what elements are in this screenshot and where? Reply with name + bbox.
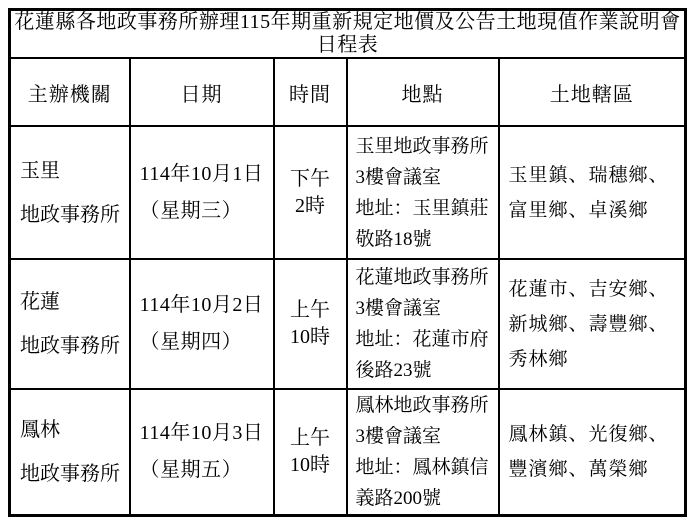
column-header-time: 時間	[274, 58, 347, 126]
date-text: 114年10月2日 （星期四）	[140, 287, 264, 361]
document-title: 花蓮縣各地政事務所辦理115年期重新規定地價及公告土地現值作業說明會 日程表	[10, 10, 686, 59]
time-cell: 下午 2時	[274, 126, 347, 259]
time-cell: 上午 10時	[274, 389, 347, 516]
column-header-agency: 主辦機關	[10, 58, 130, 126]
agency-cell: 鳳林 地政事務所	[10, 389, 130, 516]
table-row-fenglin: 鳳林 地政事務所 114年10月3日 （星期五） 上午 10時 鳳林地政事務所 …	[10, 389, 686, 516]
jurisdiction-cell: 鳳林鎮、光復鄉、 豐濱鄉、萬榮鄉	[499, 389, 686, 516]
location-cell: 花蓮地政事務所 3樓會議室 地址：花蓮市府 後路23號	[347, 259, 499, 389]
date-text: 114年10月1日 （星期三）	[140, 156, 264, 230]
date-text: 114年10月3日 （星期五）	[140, 415, 264, 489]
column-header-date: 日期	[130, 58, 274, 126]
column-header-jurisdiction: 土地轄區	[499, 58, 686, 126]
agency-cell: 玉里 地政事務所	[10, 126, 130, 259]
schedule-document: 花蓮縣各地政事務所辦理115年期重新規定地價及公告土地現值作業說明會 日程表 主…	[0, 0, 692, 517]
agency-cell: 花蓮 地政事務所	[10, 259, 130, 389]
jurisdiction-cell: 玉里鎮、瑞穗鄉、 富里鄉、卓溪鄉	[499, 126, 686, 259]
jurisdiction-cell: 花蓮市、吉安鄉、 新城鄉、壽豐鄉、 秀林鄉	[499, 259, 686, 389]
date-cell: 114年10月2日 （星期四）	[130, 259, 274, 389]
location-cell: 玉里地政事務所 3樓會議室 地址：玉里鎮莊 敬路18號	[347, 126, 499, 259]
table-row-yuli: 玉里 地政事務所 114年10月1日 （星期三） 下午 2時 玉里地政事務所 3…	[10, 126, 686, 259]
location-cell: 鳳林地政事務所 3樓會議室 地址：鳳林鎮信 義路200號	[347, 389, 499, 516]
time-cell: 上午 10時	[274, 259, 347, 389]
table-row-hualien: 花蓮 地政事務所 114年10月2日 （星期四） 上午 10時 花蓮地政事務所 …	[10, 259, 686, 389]
schedule-table: 花蓮縣各地政事務所辦理115年期重新規定地價及公告土地現值作業說明會 日程表 主…	[8, 8, 687, 517]
date-cell: 114年10月1日 （星期三）	[130, 126, 274, 259]
column-header-location: 地點	[347, 58, 499, 126]
header-row: 主辦機關 日期 時間 地點 土地轄區	[10, 58, 686, 126]
date-cell: 114年10月3日 （星期五）	[130, 389, 274, 516]
